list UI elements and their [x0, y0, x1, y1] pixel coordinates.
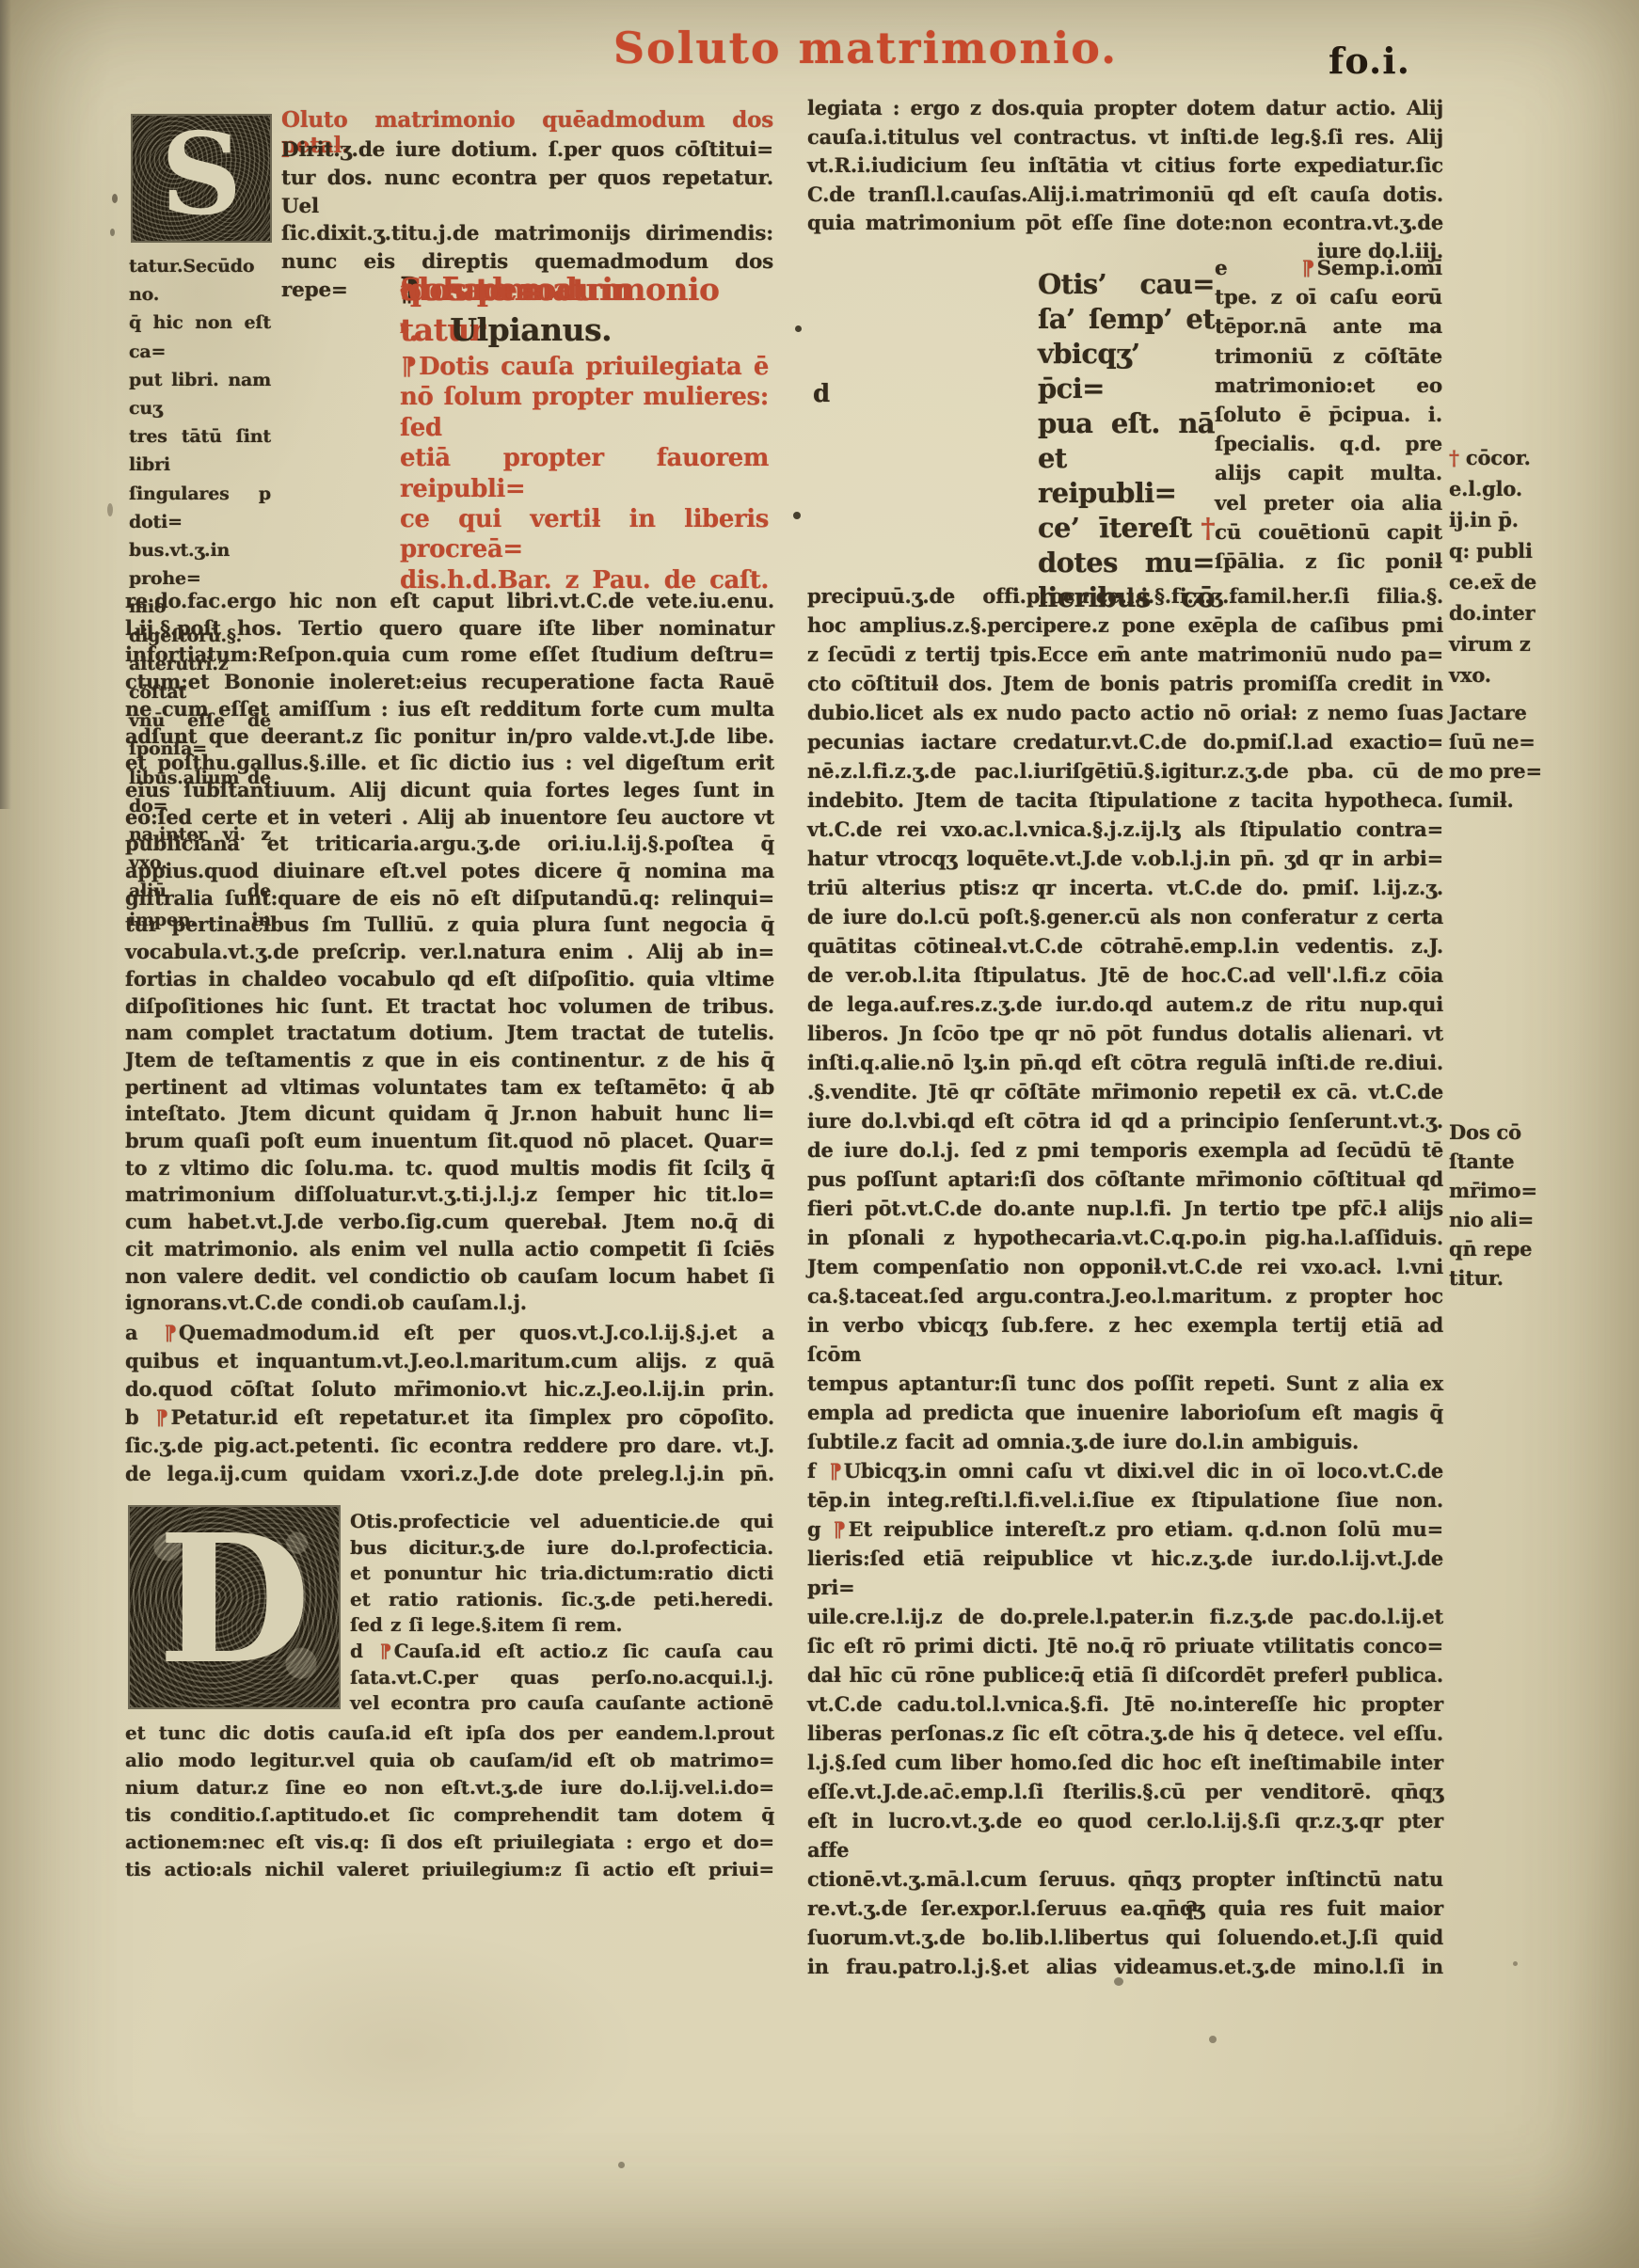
text-line: ctum:et Bononie inoleret:eius recuperati… — [125, 669, 774, 696]
initial-letter: D — [157, 1496, 310, 1704]
ink-speck — [1209, 2036, 1217, 2043]
woodcut-initial-s: S — [133, 116, 270, 241]
text-line: uile.cre.l.ij.z de do.prele.l.pater.in f… — [807, 1602, 1443, 1631]
text-line: quia matrimonium pōt eſſe ſine dote:non … — [807, 209, 1443, 238]
text-line: vt.R.i.iudicium ſeu inſtātia vt citius f… — [807, 151, 1443, 181]
text-line: vocabula.vt.ʒ.de preſcrip. ver.l.natura … — [125, 939, 774, 966]
text-line: Jtem compenſatio non opponiƚ.vt.C.de rei… — [807, 1252, 1443, 1281]
text-line: q̄ hic non eſt ca= — [129, 309, 271, 365]
text-line: cū couētionū capit — [1215, 518, 1442, 547]
text-line: dotes mu= — [1038, 546, 1215, 580]
text-line: ſpecialis. q.d. pre — [1215, 430, 1442, 459]
text-line: vel econtra pro cauſa cauſante actionē — [350, 1690, 773, 1717]
running-title: Soluto matrimonio. — [602, 23, 1129, 73]
incipit-line-3: taturb.Ulpianus. — [400, 311, 769, 352]
text-line: put libri. nam cuʒ — [129, 366, 271, 422]
text-line: eo:ſed certe et in veteri . Alij ab inue… — [125, 804, 774, 832]
text-line: Jtem de teſtamentis z que in eis contine… — [125, 1047, 774, 1074]
margin-note-jactare: Jactareſuū ne=mo pre=ſumiƚ. — [1449, 698, 1611, 815]
text-line: Dos cō — [1449, 1118, 1611, 1147]
text-line: de ver.ob.l.ita ſtipulatus. Jtē de hoc.C… — [807, 960, 1443, 990]
text-line: trimoniū z cōſtāte — [1215, 342, 1442, 372]
text-line: ¶Dotis cauſa priuilegiata ē — [400, 352, 769, 382]
woodcut-initial-d: D — [130, 1507, 339, 1707]
text-line: qn̄ repe — [1449, 1234, 1611, 1263]
folio-number: fo.i. — [1329, 40, 1488, 82]
text-line: ſa’ ſemp’ et — [1038, 302, 1215, 337]
incunabulum-page: Soluto matrimonio. fo.i. S Oluto matrimo… — [0, 0, 1639, 2268]
text-line: ſoluto ē p̄cipua. i. — [1215, 401, 1442, 430]
text-line: in verbo vbicqʒ ſub.fere. z hec exempla … — [807, 1310, 1443, 1369]
text-line: .§.vendite. Jtē qr cōſtāte mr̄imonio rep… — [807, 1077, 1443, 1106]
text-line: eius ſubſtantiuum. Alij dicunt quia fort… — [125, 777, 774, 804]
text-line: et poſthu.gallus.§.ille. et ſic dictio i… — [125, 750, 774, 777]
text-line: adſunt que deerant.z ſic ponitur in/pro … — [125, 723, 774, 751]
text-line: vbicqʒ’ p̄ci= — [1038, 337, 1215, 406]
text-line: non valere dedit. vel condictio ob cauſa… — [125, 1263, 774, 1291]
text-line: q: publi — [1449, 535, 1611, 566]
text-line: Otis.profecticie vel aduenticie.de qui — [350, 1509, 773, 1535]
text-line: ce’ ītereſt† — [1038, 511, 1215, 546]
text-line: quibus et inquantum.vt.J.eo.l.maritum.cu… — [125, 1347, 774, 1375]
text-line: actionem:nec eſt vis.q: ſi dos eſt priui… — [125, 1829, 774, 1856]
text-line: ſata.vt.C.per quas perſo.no.acqui.l.j. — [350, 1665, 773, 1691]
text-line: l.j.§.ſed cum liber homo.ſed dic hoc eſt… — [807, 1748, 1443, 1777]
text-line: mo pre= — [1449, 756, 1611, 785]
text-line: re.vt.ʒ.de ſer.expor.l.ſeruus ea.qn̄qʒ q… — [807, 1894, 1443, 1923]
right-column-top: legiata : ergo z dos.quia propter dotem … — [807, 94, 1443, 238]
text-line: cto cōſtituiƚ dos. Jtem de bonis patris … — [807, 669, 1443, 698]
text-line: do.quod cōſtat ſoluto mr̄imonio.vt hic.z… — [125, 1375, 774, 1404]
incipit-text: . — [408, 311, 419, 348]
text-line: inſti.q.alie.nō lʒ.in pn̄.qd eſt cōtra r… — [807, 1048, 1443, 1077]
dotis-causa-rubric: ¶Dotis cauſa priuilegiata ēnō ſolum prop… — [400, 352, 769, 595]
text-line: liberas perſonas.z ſic eſt cōtra.ʒ.de hi… — [807, 1719, 1443, 1748]
text-line: nō ſolum propter mulieres: ſed — [400, 382, 769, 443]
text-line: pua eſt. nā — [1038, 406, 1215, 441]
text-line: alijs capit multa. — [1215, 459, 1442, 488]
lemma-large-type-block: Otis’ cau=ſa’ ſemp’ etvbicqʒ’ p̄ci=pua e… — [1038, 267, 1215, 615]
left-column-gloss-entries: a ¶Quemadmodum.id eſt per quos.vt.J.co.l… — [125, 1319, 774, 1488]
text-line: hoc amplius.z.§.percipere.z pone exēpla … — [807, 611, 1443, 640]
text-line: C.de tranſl.l.cauſas.Alij.i.matrimoniū q… — [807, 181, 1443, 210]
text-line: ſp̄ālia. z ſic poniƚ — [1215, 547, 1442, 577]
text-line: bus dicitur.ʒ.de iure do.l.profecticia. — [350, 1535, 773, 1562]
text-line: pertinent ad vltimas voluntates tam ex t… — [125, 1074, 774, 1102]
text-line: de lega.auf.res.z.ʒ.de iur.do.qd autem.z… — [807, 990, 1443, 1019]
text-line: ij.in p̄. — [1449, 504, 1611, 535]
text-line: matrimonio:et eo — [1215, 372, 1442, 401]
text-line: titur. — [1449, 1263, 1611, 1293]
incipit-text: dos pe= — [408, 271, 543, 308]
ink-speck — [112, 194, 118, 203]
text-line: nam complet tractatum dotium. Jtem tract… — [125, 1020, 774, 1047]
paper-stain — [169, 1928, 640, 2173]
text-line: cit matrimonio. als enim vel nulla actio… — [125, 1236, 774, 1263]
capitulum-icon: ¶ — [165, 1319, 177, 1347]
text-line: bus.vt.ʒ.in prohe= — [129, 536, 271, 593]
text-line: et tunc dic dotis cauſa.id eſt ipſa dos … — [125, 1720, 774, 1747]
text-line: nē.z.l.fi.z.ʒ.de pac.l.iuriſgētiū.§.igit… — [807, 756, 1443, 785]
text-line: inteſtato. Jtem dicunt quidam q̄ Jr.non … — [125, 1101, 774, 1128]
text-line: fieri pōt.vt.C.de do.ante nup.l.fi. Jn t… — [807, 1194, 1443, 1223]
text-line: alio modo legitur.vel quia ob cauſam/id … — [125, 1747, 774, 1774]
text-line: etiā propter fauorem reipubli= — [400, 443, 769, 504]
text-line: et ponuntur hic tria.dictum:ratio dicti — [350, 1561, 773, 1587]
text-line: pus poſſunt aptari:ſi dos cōſtante mr̄im… — [807, 1165, 1443, 1194]
text-line: in frau.patro.l.j.§.et alias videamus.et… — [807, 1952, 1443, 1981]
left-column-body: re.do.fac.ergo hic non eſt caput libri.v… — [125, 588, 774, 1317]
text-line: diſpoſitiones hic ſunt. Et tractat hoc v… — [125, 993, 774, 1021]
text-line: ſuū ne= — [1449, 727, 1611, 756]
text-line: giſtralia ſunt:quare de eis nō eſt diſpu… — [125, 885, 774, 912]
text-line: de lega.ij.cum quidam vxori.z.J.de dote … — [125, 1460, 774, 1488]
text-line: ignorans.vt.C.de condi.ob cauſam.l.j. — [125, 1290, 774, 1317]
capitulum-icon: ¶ — [402, 352, 417, 382]
text-line: nium datur.z ſine eo non eſt.vt.ʒ.de iur… — [125, 1774, 774, 1801]
text-line: hatur vtrocqʒ loquēte.vt.J.de v.ob.l.j.i… — [807, 844, 1443, 873]
text-line: ce qui vertiƚ in liberis procreā= — [400, 504, 769, 565]
right-column-body: precipuū.ʒ.de offi.procu.ce.l.j.§.fi.z.ʒ… — [807, 581, 1443, 1981]
text-line: vxo. — [1449, 659, 1611, 690]
text-line: Otis’ cau= — [1038, 267, 1215, 302]
ink-speck — [795, 325, 802, 332]
text-line: tur pertinacibus ſm Tulliū. z quia plura… — [125, 912, 774, 939]
text-line: in pſonali z hypothecaria.vt.C.q.po.in p… — [807, 1223, 1443, 1252]
text-line: tpe. z oī caſu eorū — [1215, 283, 1442, 312]
text-line: do.inter — [1449, 597, 1611, 628]
text-line: Jactare — [1449, 698, 1611, 727]
ink-speck — [110, 229, 115, 236]
ink-speck — [1513, 1961, 1518, 1966]
text-line: liberos. Jn ſcōo tpe qr nō pōt fundus do… — [807, 1019, 1443, 1048]
text-line: legiata : ergo z dos.quia propter dotem … — [807, 94, 1443, 123]
right-side-gloss: e ¶Semp.i.omītpe. z oī caſu eorūtēpor.nā… — [1215, 254, 1442, 577]
reference-cross-icon: † — [1192, 512, 1215, 544]
text-line: mr̄imo= — [1449, 1176, 1611, 1205]
text-line: tatur.Secūdo no. — [129, 252, 271, 309]
signature-mark: a — [1185, 1893, 1198, 1916]
ink-speck — [618, 2162, 625, 2168]
margin-note-dos-constante: Dos cōſtantemr̄imo=nio ali=qn̄ repetitur… — [1449, 1118, 1611, 1293]
text-line: ce.ex̄ de — [1449, 566, 1611, 597]
text-line: quātitas cōtineaƚ.vt.C.de cōtrahē.emp.l.… — [807, 931, 1443, 960]
text-line: d ¶Cauſa.id eſt actio.z ſic cauſa cau — [350, 1639, 773, 1665]
margin-note-concordance: † cōcor.e.l.glo.ij.in p̄.q: publice.ex̄ … — [1449, 442, 1611, 690]
text-line: ſtante — [1449, 1147, 1611, 1176]
text-line: tres tātū ſint libri — [129, 422, 271, 479]
text-line: eſt in lucro.vt.ʒ.de eo quod cer.lo.l.ij… — [807, 1806, 1443, 1864]
text-line: ſic.ʒ.de pig.act.petenti. ſic econtra re… — [125, 1432, 774, 1460]
text-line: e ¶Semp.i.omī — [1215, 254, 1442, 283]
text-line: daƚ hīc cū rōne publice:q̄ etiā ſi diſco… — [807, 1660, 1443, 1689]
capitulum-icon: ¶ — [830, 1456, 842, 1485]
text-line: vel preter oia alia — [1215, 489, 1442, 518]
text-line: ca.§.taceat.ſed argu.contra.J.eo.l.marit… — [807, 1281, 1443, 1310]
text-line: ſic eſt rō primi dicti. Jtē no.q̄ rō pri… — [807, 1631, 1443, 1660]
text-line: ſuorum.vt.ʒ.de bo.lib.l.libertus qui ſol… — [807, 1923, 1443, 1952]
text-line: e.l.glo. — [1449, 473, 1611, 504]
text-line: de iure do.l.cū poſt.§.gener.cū als non … — [807, 902, 1443, 931]
text-line: Dirit.ʒ.de iure dotium. ſ.per quos cōſti… — [281, 136, 773, 165]
text-line: cum habet.vt.J.de verbo.ſig.cum querebaƚ… — [125, 1209, 774, 1236]
incipit-line-2: quēadmoduma dos pe= — [400, 271, 769, 311]
ink-speck — [107, 503, 113, 516]
text-line: ſingulares p doti= — [129, 480, 271, 536]
text-line: re.do.fac.ergo hic non eſt caput libri.v… — [125, 588, 774, 615]
text-line: † cōcor. — [1449, 442, 1611, 473]
initial-letter: S — [161, 108, 243, 241]
text-line: f ¶Ubicqʒ.in omni caſu vt dixi.vel dic i… — [807, 1456, 1443, 1485]
text-line: ſic.dixit.ʒ.titu.j.de matrimonijs dirime… — [281, 220, 773, 248]
text-line: tempus aptantur:ſi tunc dos poſſit repet… — [807, 1369, 1443, 1398]
text-line: ctionē.vt.ʒ.mā.l.cum ſeruus. qn̄qʒ propt… — [807, 1864, 1443, 1894]
text-line: nio ali= — [1449, 1205, 1611, 1234]
text-line: to z vltimo dic ſolu.ma. tc. quod multis… — [125, 1155, 774, 1182]
ink-speck — [1114, 1977, 1123, 1986]
text-line: virum z — [1449, 628, 1611, 659]
text-line: et ratio rationis. ſic.ʒ.de peti.heredi. — [350, 1587, 773, 1613]
text-beside-initial-d: Otis.profecticie vel aduenticie.de quibu… — [350, 1509, 773, 1717]
text-line: ſed z ſi lege.§.item ſi rem. — [350, 1612, 773, 1639]
text-line: indebito. Jtem de tacita ſtipulatione z … — [807, 785, 1443, 815]
text-line: tur dos. nunc econtra per quos repetatur… — [281, 165, 773, 221]
text-line: vt.C.de cadu.tol.l.vnica.§.fi. Jtē no.in… — [807, 1689, 1443, 1719]
text-line: z ſecūdi z tertij tpis.Ecce em̄ ante mat… — [807, 640, 1443, 669]
rubricator-guide-letter: d — [813, 380, 830, 408]
page-edge-shadow — [0, 0, 11, 809]
text-line: appius.quod diuinare eſt.vel potes dicer… — [125, 858, 774, 885]
capitulum-icon: ¶ — [1302, 254, 1314, 283]
text-line: tēpor.nā ante ma — [1215, 312, 1442, 341]
text-line: tis conditio.ſ.aptitudo.et ſic comprehen… — [125, 1801, 774, 1829]
text-line: b ¶Petatur.id eſt repetatur.et ita ſimpl… — [125, 1404, 774, 1432]
text-line: brum quaſi poſt eum inuentum ſit.quod nō… — [125, 1128, 774, 1155]
capitulum-icon: ¶ — [834, 1515, 846, 1544]
text-line: tis actio:als nichil valeret priuilegium… — [125, 1856, 774, 1883]
text-line: fortias in chaldeo vocabulo qd eſt diſpo… — [125, 966, 774, 993]
text-line: l.ij.§.poſt hos. Tertio quero quare iſte… — [125, 615, 774, 642]
jurist-name: Ulpianus. — [450, 311, 612, 348]
text-line: iure do.l.vbi.qd eſt cōtra id qd a princ… — [807, 1106, 1443, 1135]
text-line: et reipubli= — [1038, 441, 1215, 511]
text-line: vt.C.de rei vxo.ac.l.vnica.§.j.z.ij.lʒ a… — [807, 815, 1443, 844]
text-line: tēp.in integ.reſti.l.fi.vel.i.ſiue ex ſt… — [807, 1485, 1443, 1515]
text-line: ſubtile.z facit ad omnia.ʒ.de iure do.l.… — [807, 1427, 1443, 1456]
text-line: triū alterius ptis:z qr incerta. vt.C.de… — [807, 873, 1443, 902]
text-line: precipuū.ʒ.de offi.procu.ce.l.j.§.fi.z.ʒ… — [807, 581, 1443, 611]
text-line: de iure do.l.j. ſed z pmi temporis exemp… — [807, 1135, 1443, 1165]
text-line: pecunias iactare credatur.vt.C.de do.pmi… — [807, 727, 1443, 756]
text-line: eſſe.vt.J.de.ac̄.emp.l.ſi ſterilis.§.cū … — [807, 1777, 1443, 1806]
text-line: matrimonium diſſoluatur.vt.ʒ.ti.j.l.j.z … — [125, 1182, 774, 1209]
text-line: infortiatum:Reſpon.quia cum rome eſſet ſ… — [125, 642, 774, 669]
text-line: ſumiƚ. — [1449, 785, 1611, 815]
text-line: ne cum eſſet amiſſum : ius eſt redditum … — [125, 696, 774, 723]
text-line: empla ad predicta que inuenire laborioſu… — [807, 1398, 1443, 1427]
rubricated-incipit-block: ¶Soluto matrimonio quēadmoduma dos pe= t… — [400, 271, 769, 546]
text-line: dubio.licet als ex nudo pacto actio nō o… — [807, 698, 1443, 727]
text-line: a ¶Quemadmodum.id eſt per quos.vt.J.co.l… — [125, 1319, 774, 1347]
left-column-bottom: et tunc dic dotis cauſa.id eſt ipſa dos … — [125, 1720, 774, 1883]
text-line: g ¶Et reipublice intereſt.z pro etiam. q… — [807, 1515, 1443, 1544]
ink-speck — [793, 512, 801, 519]
text-line: cauſa.i.titulus vel contractus. vt inſti… — [807, 123, 1443, 152]
reference-cross-icon: † — [1449, 446, 1459, 469]
capitulum-icon: ¶ — [380, 1639, 392, 1665]
text-line: lieris:ſed etiā reipublice vt hic.z.ʒ.de… — [807, 1544, 1443, 1602]
text-line: publiciana et triticaria.argu.ʒ.de ori.i… — [125, 831, 774, 858]
capitulum-icon: ¶ — [156, 1404, 168, 1432]
